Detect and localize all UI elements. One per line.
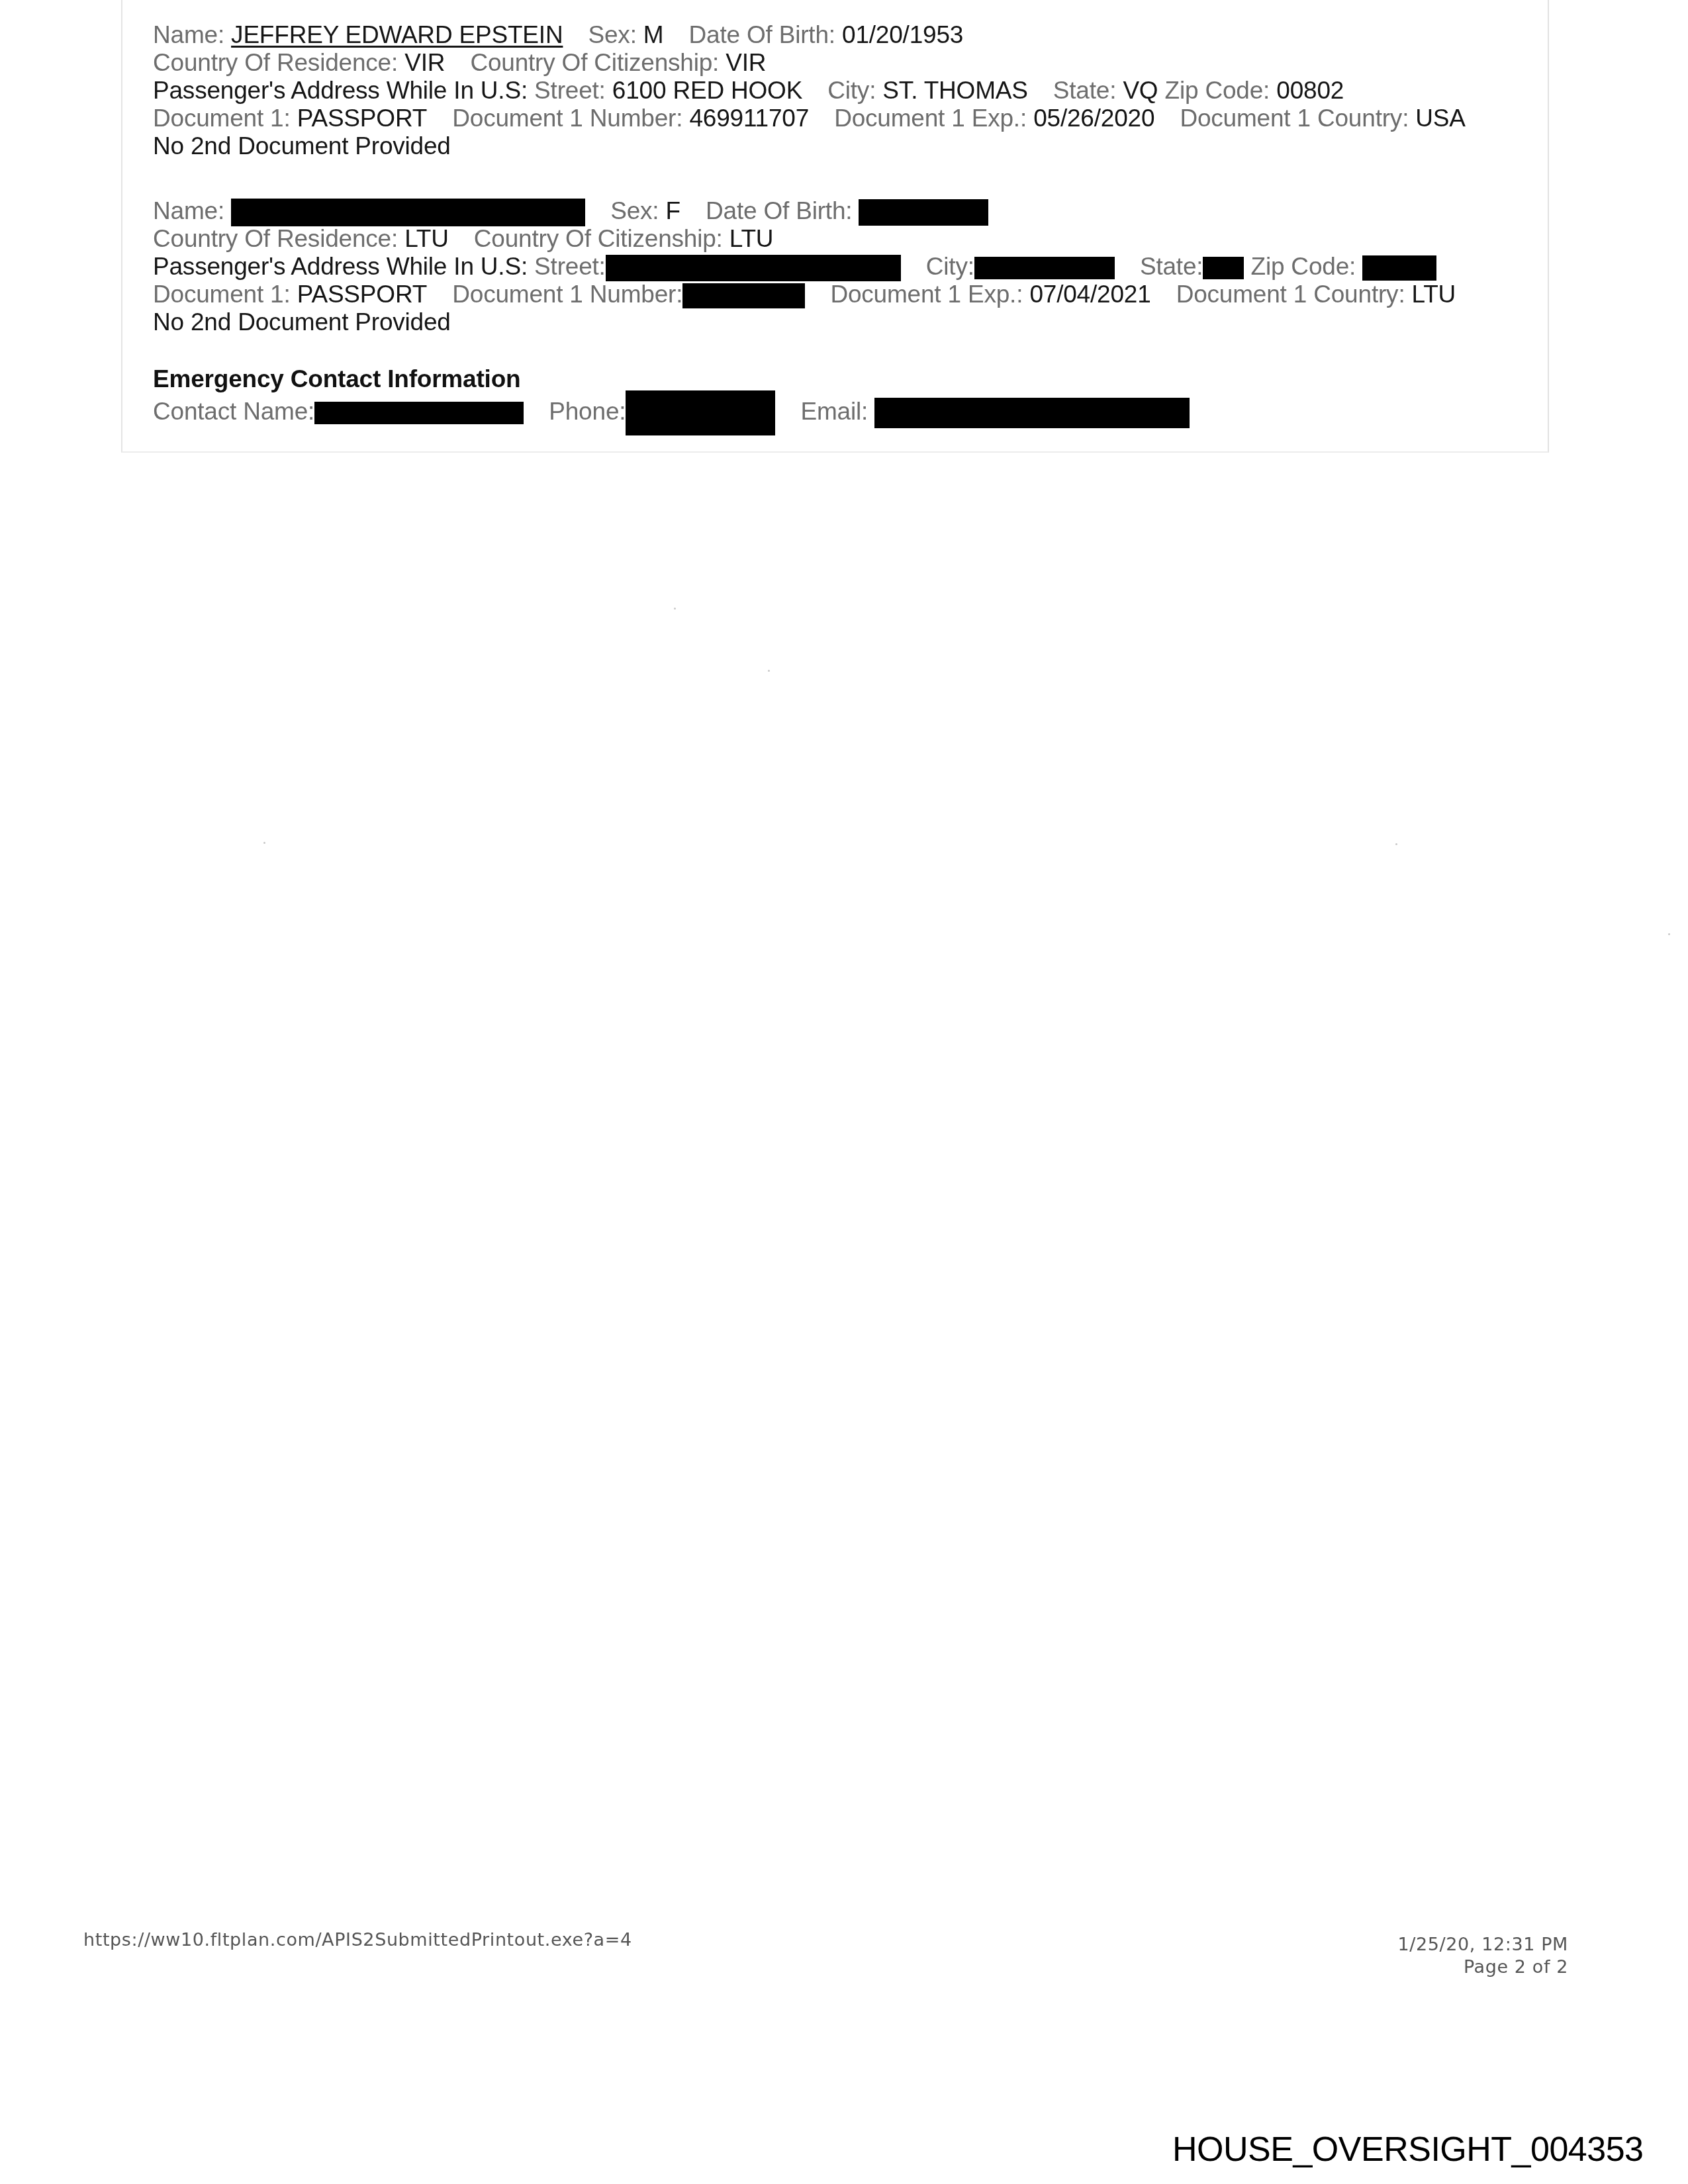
city-label: City:: [827, 77, 876, 104]
sex-label: Sex:: [588, 21, 637, 48]
email-label: Email:: [800, 398, 868, 425]
passenger-2-document-row: Document 1: PASSPORT Document 1 Number: …: [153, 281, 1456, 308]
residence-value: VIR: [404, 49, 445, 76]
bates-number: HOUSE_OVERSIGHT_004353: [1172, 2130, 1644, 2169]
doc1-country-value: LTU: [1412, 281, 1456, 308]
doc1-exp-label: Document 1 Exp.:: [830, 281, 1023, 308]
doc1-label: Document 1:: [153, 105, 291, 132]
contact-name-label: Contact Name:: [153, 398, 314, 425]
source-url: https://ww10.fltplan.com/APIS2SubmittedP…: [83, 1930, 632, 1950]
print-info: 1/25/20, 12:31 PM Page 2 of 2: [1398, 1934, 1568, 1979]
redacted-phone: [626, 390, 775, 435]
passenger-2-address-row: Passenger's Address While In U.S: Street…: [153, 253, 1436, 281]
sex-label: Sex:: [610, 197, 659, 224]
passenger-1-name-row: Name: JEFFREY EDWARD EPSTEIN Sex: M Date…: [153, 21, 963, 49]
doc1-exp-value: 05/26/2020: [1033, 105, 1154, 132]
redacted-email: [874, 398, 1190, 428]
doc1-number-label: Document 1 Number:: [452, 105, 682, 132]
redacted-street: [606, 255, 901, 281]
passenger-1-address-row: Passenger's Address While In U.S: Street…: [153, 77, 1344, 105]
state-label: State:: [1053, 77, 1116, 104]
doc1-country-value: USA: [1415, 105, 1465, 132]
zip-value: 00802: [1276, 77, 1344, 104]
redacted-state: [1203, 257, 1244, 279]
name-label: Name:: [153, 197, 224, 224]
city-value: ST. THOMAS: [882, 77, 1027, 104]
address-label: Passenger's Address While In U.S:: [153, 77, 528, 104]
residence-value: LTU: [404, 225, 449, 252]
apis-printout-panel: Name: JEFFREY EDWARD EPSTEIN Sex: M Date…: [121, 0, 1549, 453]
redacted-city: [974, 257, 1115, 279]
passenger-2-name-row: Name: Sex: F Date Of Birth:: [153, 197, 988, 226]
passenger-2-second-doc: No 2nd Document Provided: [153, 308, 451, 336]
street-value: 6100 RED HOOK: [612, 77, 802, 104]
emergency-contact-row: Contact Name: Phone: Email:: [153, 390, 1190, 435]
street-label: Street:: [534, 77, 606, 104]
print-timestamp: 1/25/20, 12:31 PM: [1398, 1934, 1568, 1956]
citizenship-value: VIR: [726, 49, 766, 76]
citizenship-label: Country Of Citizenship:: [470, 49, 719, 76]
scan-speck: [1668, 933, 1670, 935]
street-label: Street:: [534, 253, 606, 280]
redacted-contact-name: [314, 402, 524, 424]
doc1-exp-label: Document 1 Exp.:: [834, 105, 1027, 132]
sex-value: M: [643, 21, 664, 48]
scan-speck: [768, 670, 770, 672]
residence-label: Country Of Residence:: [153, 225, 398, 252]
residence-label: Country Of Residence:: [153, 49, 398, 76]
phone-label: Phone:: [549, 398, 626, 425]
passenger-2-country-row: Country Of Residence: LTU Country Of Cit…: [153, 225, 773, 253]
state-label: State:: [1140, 253, 1203, 280]
passenger-1-country-row: Country Of Residence: VIR Country Of Cit…: [153, 49, 766, 77]
name-label: Name:: [153, 21, 224, 48]
scan-speck: [1395, 843, 1397, 845]
redacted-zip: [1362, 255, 1436, 281]
passenger-1-second-doc: No 2nd Document Provided: [153, 132, 451, 160]
scan-speck: [674, 608, 676, 610]
city-label: City:: [926, 253, 974, 280]
doc1-exp-value: 07/04/2021: [1029, 281, 1150, 308]
citizenship-label: Country Of Citizenship:: [474, 225, 723, 252]
state-value: VQ: [1123, 77, 1158, 104]
page-number: Page 2 of 2: [1398, 1956, 1568, 1979]
redacted-name: [231, 199, 585, 226]
redacted-dob: [859, 199, 988, 226]
zip-label: Zip Code:: [1165, 77, 1270, 104]
doc1-country-label: Document 1 Country:: [1176, 281, 1405, 308]
doc1-value: PASSPORT: [297, 281, 427, 308]
dob-value: 01/20/1953: [842, 21, 963, 48]
dob-label: Date Of Birth:: [706, 197, 852, 224]
doc1-value: PASSPORT: [297, 105, 427, 132]
citizenship-value: LTU: [729, 225, 774, 252]
doc1-number-label: Document 1 Number:: [452, 281, 682, 308]
address-label: Passenger's Address While In U.S:: [153, 253, 528, 280]
passenger-1-document-row: Document 1: PASSPORT Document 1 Number: …: [153, 105, 1466, 132]
doc1-number-value: 469911707: [689, 105, 809, 132]
dob-label: Date Of Birth:: [689, 21, 835, 48]
sex-value: F: [666, 197, 680, 224]
passenger-name: JEFFREY EDWARD EPSTEIN: [231, 21, 563, 48]
scan-speck: [263, 842, 265, 844]
doc1-label: Document 1:: [153, 281, 291, 308]
zip-label: Zip Code:: [1250, 253, 1356, 280]
redacted-doc1-number: [682, 283, 805, 308]
emergency-contact-heading: Emergency Contact Information: [153, 365, 520, 393]
doc1-country-label: Document 1 Country:: [1180, 105, 1409, 132]
